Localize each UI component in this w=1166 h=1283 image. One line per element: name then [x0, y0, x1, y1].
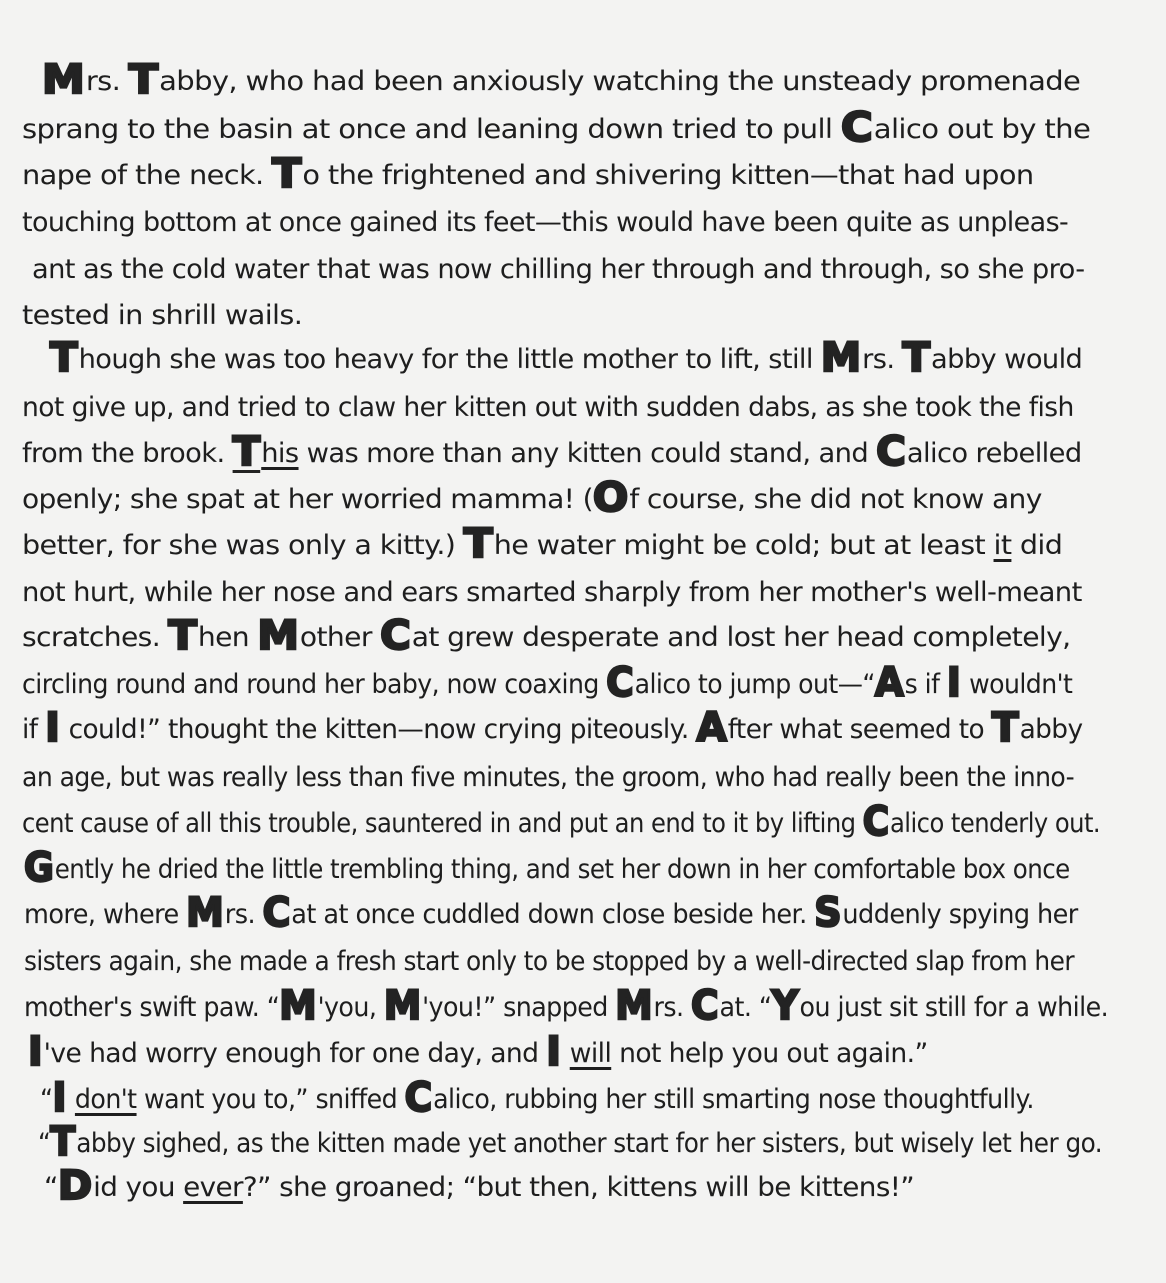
text-run: alico to jump out—“: [635, 669, 875, 700]
text-line: better, for she was only a kitty.) The w…: [22, 528, 1062, 564]
text-line: more, where Mrs. Cat at once cuddled dow…: [24, 897, 1078, 933]
initial-capital: T: [992, 712, 1019, 744]
text-line: tested in shrill wails.: [22, 298, 302, 334]
text-run: at at once cuddled down close beside her…: [291, 899, 814, 930]
initial-capital: C: [863, 806, 889, 838]
initial-capital: M: [257, 620, 299, 652]
text-line: sprang to the basin at once and leaning …: [22, 112, 1090, 148]
text-run: 'you,: [318, 992, 384, 1023]
initial-capital: C: [691, 990, 719, 1022]
initial-capital: I: [28, 1036, 43, 1068]
text-line: “I don't want you to,” sniffed Calico, r…: [40, 1082, 1034, 1118]
scanned-page: Mrs. Tabby, who had been anxiously watch…: [0, 0, 1166, 1283]
initial-capital: M: [279, 990, 316, 1022]
text-run: want you to,” sniffed: [137, 1084, 405, 1115]
text-run: 've had worry enough for one day, and: [44, 1038, 547, 1069]
initial-capital: C: [380, 620, 411, 652]
text-run: tested in shrill wails.: [22, 300, 302, 331]
initial-capital: M: [821, 342, 861, 374]
text-run: alico tenderly out.: [890, 808, 1100, 839]
initial-capital: Y: [771, 990, 798, 1022]
initial-capital: T: [129, 64, 158, 96]
text-run: at grew desperate and lost her head comp…: [412, 622, 1071, 653]
text-run: could!” thought the kitten—now crying pi…: [61, 714, 697, 745]
text-run: ou just sit still for a while.: [800, 992, 1109, 1023]
text-run: alico, rubbing her still smarting nose t…: [433, 1084, 1034, 1115]
text-run: other: [300, 622, 380, 653]
text-run: touching bottom at once gained its feet—…: [22, 207, 1068, 238]
text-run: hen: [198, 622, 257, 653]
text-run: “: [40, 1084, 53, 1115]
initial-capital: T: [50, 1126, 75, 1158]
text-run: abby, who had been anxiously watching th…: [159, 66, 1080, 97]
text-run: ant as the cold water that was now chill…: [32, 254, 1085, 285]
initial-capital: I: [947, 667, 961, 699]
text-line: cent cause of all this trouble, sauntere…: [22, 806, 1100, 842]
text-run: better, for she was only a kitty.): [22, 530, 464, 561]
text-run: rs.: [654, 992, 691, 1023]
initial-capital: M: [615, 990, 652, 1022]
text-run: f course, she did not know any: [629, 484, 1041, 515]
text-run: “: [38, 1128, 50, 1159]
initial-capital: T: [902, 342, 930, 374]
initial-capital: I: [53, 1082, 67, 1114]
initial-capital: M: [42, 64, 85, 96]
text-run: not give up, and tried to claw her kitte…: [22, 392, 1074, 423]
text-line: not hurt, while her nose and ears smarte…: [22, 575, 1082, 611]
initial-capital: A: [696, 712, 726, 744]
text-line: nape of the neck. To the frightened and …: [22, 158, 1033, 194]
text-line: mother's swift paw. “M'you, M'you!” snap…: [24, 990, 1108, 1026]
text-run: abby: [1020, 714, 1083, 745]
underlined-text: it: [994, 530, 1012, 561]
initial-capital: T: [50, 342, 78, 374]
text-line: not give up, and tried to claw her kitte…: [22, 390, 1074, 426]
underlined-text: his: [261, 438, 298, 469]
text-run: abby sighed, as the kitten made yet anot…: [76, 1128, 1102, 1159]
text-run: at. “: [720, 992, 772, 1023]
initial-capital: M: [186, 897, 224, 929]
text-line: scratches. Then Mother Cat grew desperat…: [22, 620, 1070, 656]
underlined-text: will: [570, 1038, 611, 1069]
text-run: scratches.: [22, 622, 168, 653]
text-line: if I could!” thought the kitten—now cryi…: [22, 712, 1082, 748]
initial-capital: T: [233, 436, 261, 468]
initial-capital: D: [58, 1170, 92, 1202]
text-run: ?” she groaned; “but then, kittens will …: [243, 1172, 914, 1203]
text-run: not help you out again.”: [611, 1038, 927, 1069]
text-line: Mrs. Tabby, who had been anxiously watch…: [42, 64, 1080, 100]
text-run: [562, 1038, 570, 1069]
text-run: “: [44, 1172, 58, 1203]
text-run: hough she was too heavy for the little m…: [79, 344, 821, 375]
initial-capital: T: [464, 528, 493, 560]
underlined-text: ever: [183, 1172, 243, 1203]
text-run: rs.: [862, 344, 902, 375]
text-run: sisters again, she made a fresh start on…: [24, 946, 1074, 977]
initial-capital: G: [24, 852, 54, 884]
text-line: touching bottom at once gained its feet—…: [22, 205, 1068, 241]
text-run: rs.: [225, 899, 263, 930]
text-run: did: [1011, 530, 1062, 561]
initial-capital: C: [405, 1082, 433, 1114]
text-run: abby would: [931, 344, 1082, 375]
text-run: ently he dried the little trembling thin…: [55, 854, 1070, 885]
initial-capital: S: [814, 897, 841, 929]
text-line: from the brook. This was more than any k…: [22, 436, 1082, 472]
text-run: id you: [93, 1172, 183, 1203]
text-run: circling round and round her baby, now c…: [22, 669, 606, 700]
text-run: s if: [905, 669, 947, 700]
initial-capital: O: [593, 482, 628, 514]
text-run: rs.: [86, 66, 129, 97]
text-line: openly; she spat at her worried mamma! (…: [22, 482, 1042, 518]
text-run: he water might be cold; but at least: [494, 530, 994, 561]
text-run: more, where: [24, 899, 186, 930]
initial-capital: T: [272, 158, 301, 190]
initial-capital: C: [876, 436, 906, 468]
text-run: nape of the neck.: [22, 160, 272, 191]
text-run: not hurt, while her nose and ears smarte…: [22, 577, 1082, 608]
text-run: cent cause of all this trouble, sauntere…: [22, 808, 863, 839]
initial-capital: C: [841, 112, 873, 144]
text-run: wouldn't: [962, 669, 1073, 700]
text-line: circling round and round her baby, now c…: [22, 667, 1072, 703]
text-run: alico rebelled: [907, 438, 1082, 469]
text-line: Gently he dried the little trembling thi…: [24, 852, 1070, 888]
text-run: mother's swift paw. “: [24, 992, 279, 1023]
text-run: from the brook.: [22, 438, 233, 469]
text-run: was more than any kitten could stand, an…: [299, 438, 877, 469]
text-run: alico out by the: [874, 114, 1091, 145]
text-line: sisters again, she made a fresh start on…: [24, 944, 1074, 980]
initial-capital: M: [384, 990, 421, 1022]
initial-capital: I: [546, 1036, 561, 1068]
text-run: if: [22, 714, 45, 745]
text-run: 'you!” snapped: [422, 992, 615, 1023]
text-run: an age, but was really less than five mi…: [22, 762, 1074, 793]
text-line: ant as the cold water that was now chill…: [32, 252, 1085, 288]
initial-capital: T: [168, 620, 196, 652]
text-line: I've had worry enough for one day, and I…: [28, 1036, 928, 1072]
text-line: “Tabby sighed, as the kitten made yet an…: [38, 1126, 1102, 1162]
text-line: an age, but was really less than five mi…: [22, 760, 1074, 796]
text-run: uddenly spying her: [842, 899, 1077, 930]
initial-capital: I: [45, 712, 60, 744]
text-line: Though she was too heavy for the little …: [50, 342, 1082, 378]
text-run: openly; she spat at her worried mamma! (: [22, 484, 593, 515]
initial-capital: A: [875, 667, 904, 699]
text-run: o the frightened and shivering kitten—th…: [302, 160, 1033, 191]
text-run: sprang to the basin at once and leaning …: [22, 114, 841, 145]
text-line: “Did you ever?” she groaned; “but then, …: [44, 1170, 914, 1206]
underlined-text: don't: [75, 1084, 137, 1115]
initial-capital: C: [606, 667, 633, 699]
text-run: fter what seemed to: [728, 714, 992, 745]
initial-capital: C: [263, 897, 291, 929]
